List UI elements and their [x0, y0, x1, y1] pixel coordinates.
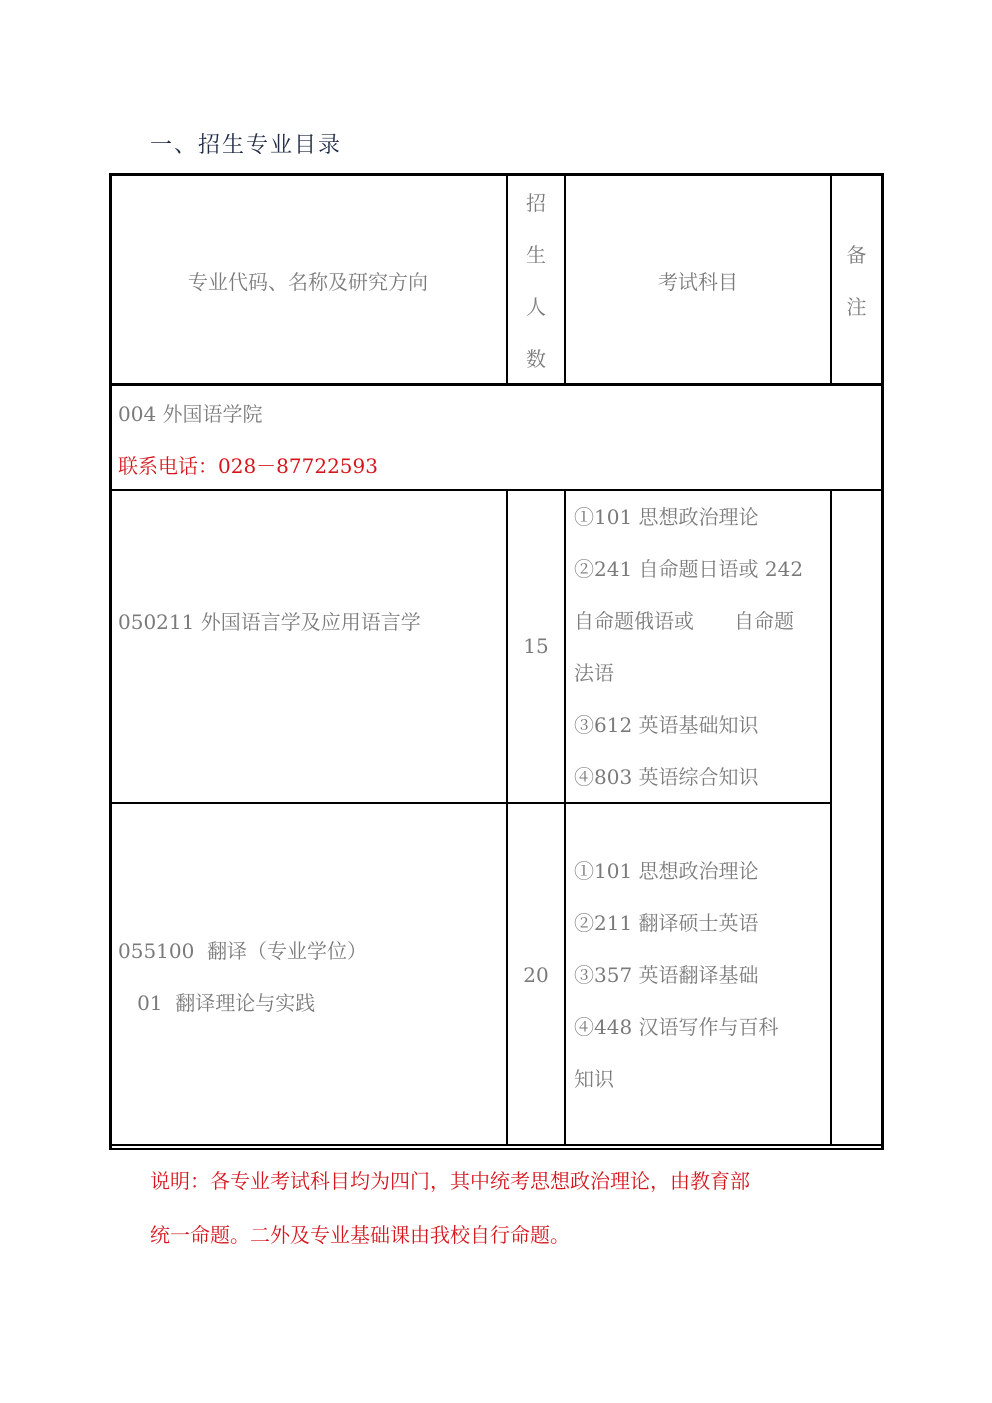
explanatory-note: 说明：各专业考试科目均为四门，其中统考思想政治理论，由教育部 统一命题。二外及专…	[150, 1154, 750, 1262]
table-border-bottom	[109, 1144, 884, 1146]
row2-subjects: ①101 思想政治理论 ②211 翻译硕士英语 ③357 英语翻译基础 ④448…	[574, 845, 779, 1105]
row2-quota: 20	[508, 963, 564, 987]
table-border-top	[109, 173, 884, 176]
body-col-divider-3	[830, 489, 832, 1146]
header-divider	[109, 383, 884, 386]
section-title: 一、招生专业目录	[150, 128, 342, 159]
department-contact: 联系电话：028－87722593	[118, 450, 378, 479]
header-remarks: 备 注	[832, 229, 881, 333]
table-border-left	[109, 173, 112, 1148]
header-subjects: 考试科目	[566, 266, 830, 295]
row1-quota: 15	[508, 634, 564, 658]
row2-major: 055100 翻译（专业学位）	[118, 935, 367, 964]
row2-direction: 01 翻译理论与实践	[118, 987, 315, 1016]
row1-major: 050211 外国语言学及应用语言学	[118, 606, 421, 635]
table-border-right	[881, 173, 884, 1148]
row1-subjects: ①101 思想政治理论 ②241 自命题日语或 242 自命题俄语或 自命题 法…	[574, 491, 803, 803]
header-major: 专业代码、名称及研究方向	[109, 266, 507, 295]
body-col-divider-1	[506, 489, 508, 1146]
department-name: 004 外国语学院	[118, 398, 263, 427]
table-border-bottom-double	[109, 1148, 884, 1150]
admission-catalog-table: 专业代码、名称及研究方向 招 生 人 数 考试科目 备 注 004 外国语学院 …	[109, 173, 884, 1150]
body-col-divider-2	[564, 489, 566, 1146]
header-quota: 招 生 人 数	[508, 177, 564, 385]
